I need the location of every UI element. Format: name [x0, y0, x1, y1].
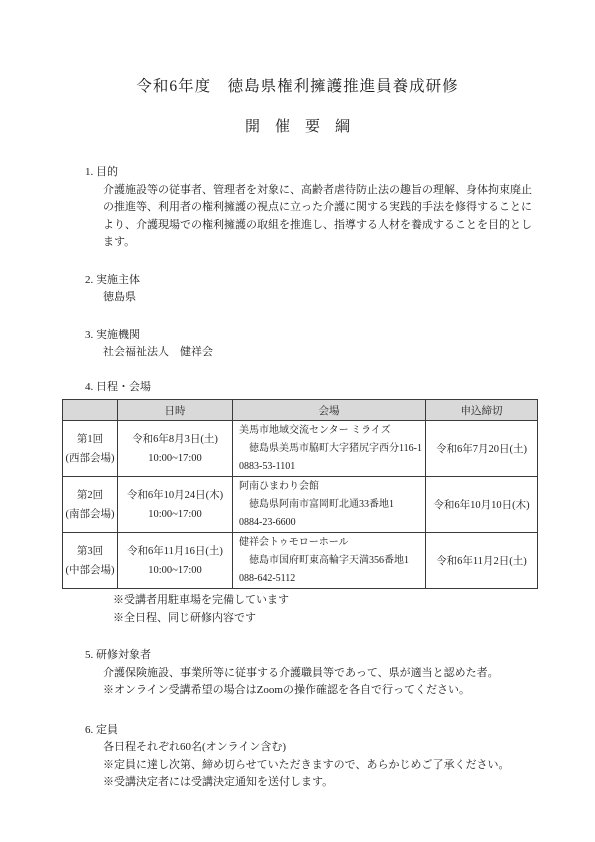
section-capacity-heading: 6. 定員: [85, 722, 539, 740]
session-venue-region: (南部会場): [63, 505, 117, 524]
section-capacity: 6. 定員 各日程それぞれ60名(オンライン含む) ※定員に達し次第、締め切らせ…: [85, 722, 539, 792]
note-zoom-check: ※オンライン受講希望の場合はZoomの操作確認を各自で行ってください。: [103, 682, 539, 700]
schedule-notes: ※受講者用駐車場を完備しています ※全日程、同じ研修内容です: [103, 592, 539, 627]
datetime-cell: 令和6年11月16日(土) 10:00~17:00: [118, 533, 233, 589]
section-capacity-body: 各日程それぞれ60名(オンライン含む): [103, 739, 539, 757]
section-purpose-heading: 1. 目的: [85, 164, 539, 182]
session-time: 10:00~17:00: [118, 449, 232, 468]
venue-cell: 阿南ひまわり会館 徳島県阿南市富岡町北通33番地1 0884-23-6600: [233, 477, 426, 533]
table-row-session-3: 第3回 (中部会場) 令和6年11月16日(土) 10:00~17:00 健祥会…: [63, 533, 538, 589]
section-target-heading: 5. 研修対象者: [85, 647, 539, 665]
session-time: 10:00~17:00: [118, 505, 232, 524]
section-target-body: 介護保険施設、事業所等に従事する介護職員等であって、県が適当と認めた者。: [103, 665, 539, 683]
section-organizer-body: 徳島県: [103, 289, 539, 307]
venue-phone: 088-642-5112: [233, 570, 425, 588]
datetime-cell: 令和6年10月24日(木) 10:00~17:00: [118, 477, 233, 533]
session-cell: 第3回 (中部会場): [63, 533, 118, 589]
venue-name: 健祥会トゥモローホール: [233, 534, 425, 552]
header-cell-deadline: 申込締切: [426, 400, 538, 421]
section-organizer: 2. 実施主体 徳島県: [85, 272, 539, 307]
header-cell-datetime: 日時: [118, 400, 233, 421]
document-page: 令和6年度 徳島県権利擁護推進員養成研修 開 催 要 綱 1. 目的 介護施設等…: [0, 0, 595, 842]
note-deadline-cutoff: ※定員に達し次第、締め切らせていただきますので、あらかじめご了承ください。: [103, 757, 539, 775]
note-parking: ※受講者用駐車場を完備しています: [113, 592, 539, 610]
note-acceptance-notice: ※受講決定者には受講決定通知を送付します。: [103, 774, 539, 792]
note-same-content: ※全日程、同じ研修内容です: [113, 610, 539, 628]
schedule-table: 日時 会場 申込締切 第1回 (西部会場) 令和6年8月3日(土): [62, 399, 538, 589]
section-target-body-wrap: 介護保険施設、事業所等に従事する介護職員等であって、県が適当と認めた者。 ※オン…: [103, 665, 539, 700]
session-number: 第1回: [63, 430, 117, 449]
session-time: 10:00~17:00: [118, 561, 232, 580]
venue-address: 徳島県阿南市富岡町北通33番地1: [233, 496, 425, 514]
session-date: 令和6年10月24日(木): [118, 486, 232, 505]
section-agency-body: 社会福祉法人 健祥会: [103, 344, 539, 362]
table-header-row: 日時 会場 申込締切: [63, 400, 538, 421]
session-number: 第2回: [63, 486, 117, 505]
session-number: 第3回: [63, 542, 117, 561]
venue-phone: 0884-23-6600: [233, 514, 425, 532]
section-agency-heading: 3. 実施機関: [85, 327, 539, 345]
page-title: 令和6年度 徳島県権利擁護推進員養成研修: [0, 0, 595, 98]
section-purpose: 1. 目的 介護施設等の従事者、管理者を対象に、高齢者虐待防止法の趣旨の理解、身…: [85, 164, 539, 252]
page-subtitle: 開 催 要 綱: [0, 116, 595, 138]
section-capacity-body-wrap: 各日程それぞれ60名(オンライン含む) ※定員に達し次第、締め切らせていただきま…: [103, 739, 539, 792]
venue-address: 徳島市国府町東高輪字天満356番地1: [233, 552, 425, 570]
session-venue-region: (西部会場): [63, 449, 117, 468]
venue-phone: 0883-53-1101: [233, 458, 425, 476]
section-purpose-body: 介護施設等の従事者、管理者を対象に、高齢者虐待防止法の趣旨の理解、身体拘束廃止の…: [103, 182, 539, 252]
venue-cell: 健祥会トゥモローホール 徳島市国府町東高輪字天満356番地1 088-642-5…: [233, 533, 426, 589]
venue-name: 美馬市地域交流センター ミライズ: [233, 422, 425, 440]
session-date: 令和6年8月3日(土): [118, 430, 232, 449]
session-cell: 第1回 (西部会場): [63, 421, 118, 477]
deadline-cell: 令和6年10月10日(木): [426, 477, 538, 533]
deadline-cell: 令和6年7月20日(土): [426, 421, 538, 477]
venue-name: 阿南ひまわり会館: [233, 478, 425, 496]
session-venue-region: (中部会場): [63, 561, 117, 580]
deadline-cell: 令和6年11月2日(土): [426, 533, 538, 589]
venue-address: 徳島県美馬市脇町大字猪尻字西分116-1: [233, 440, 425, 458]
session-date: 令和6年11月16日(土): [118, 542, 232, 561]
venue-cell: 美馬市地域交流センター ミライズ 徳島県美馬市脇町大字猪尻字西分116-1 08…: [233, 421, 426, 477]
header-cell-venue: 会場: [233, 400, 426, 421]
section-schedule: 4. 日程・会場 日時 会場 申込締切 第1回 (西部会場): [85, 379, 539, 628]
table-row-session-2: 第2回 (南部会場) 令和6年10月24日(木) 10:00~17:00 阿南ひ…: [63, 477, 538, 533]
section-target: 5. 研修対象者 介護保険施設、事業所等に従事する介護職員等であって、県が適当と…: [85, 647, 539, 700]
table-row-session-1: 第1回 (西部会場) 令和6年8月3日(土) 10:00~17:00 美馬市地域…: [63, 421, 538, 477]
section-agency: 3. 実施機関 社会福祉法人 健祥会: [85, 327, 539, 362]
datetime-cell: 令和6年8月3日(土) 10:00~17:00: [118, 421, 233, 477]
header-cell-session: [63, 400, 118, 421]
section-schedule-heading: 4. 日程・会場: [85, 379, 539, 397]
session-cell: 第2回 (南部会場): [63, 477, 118, 533]
section-organizer-heading: 2. 実施主体: [85, 272, 539, 290]
